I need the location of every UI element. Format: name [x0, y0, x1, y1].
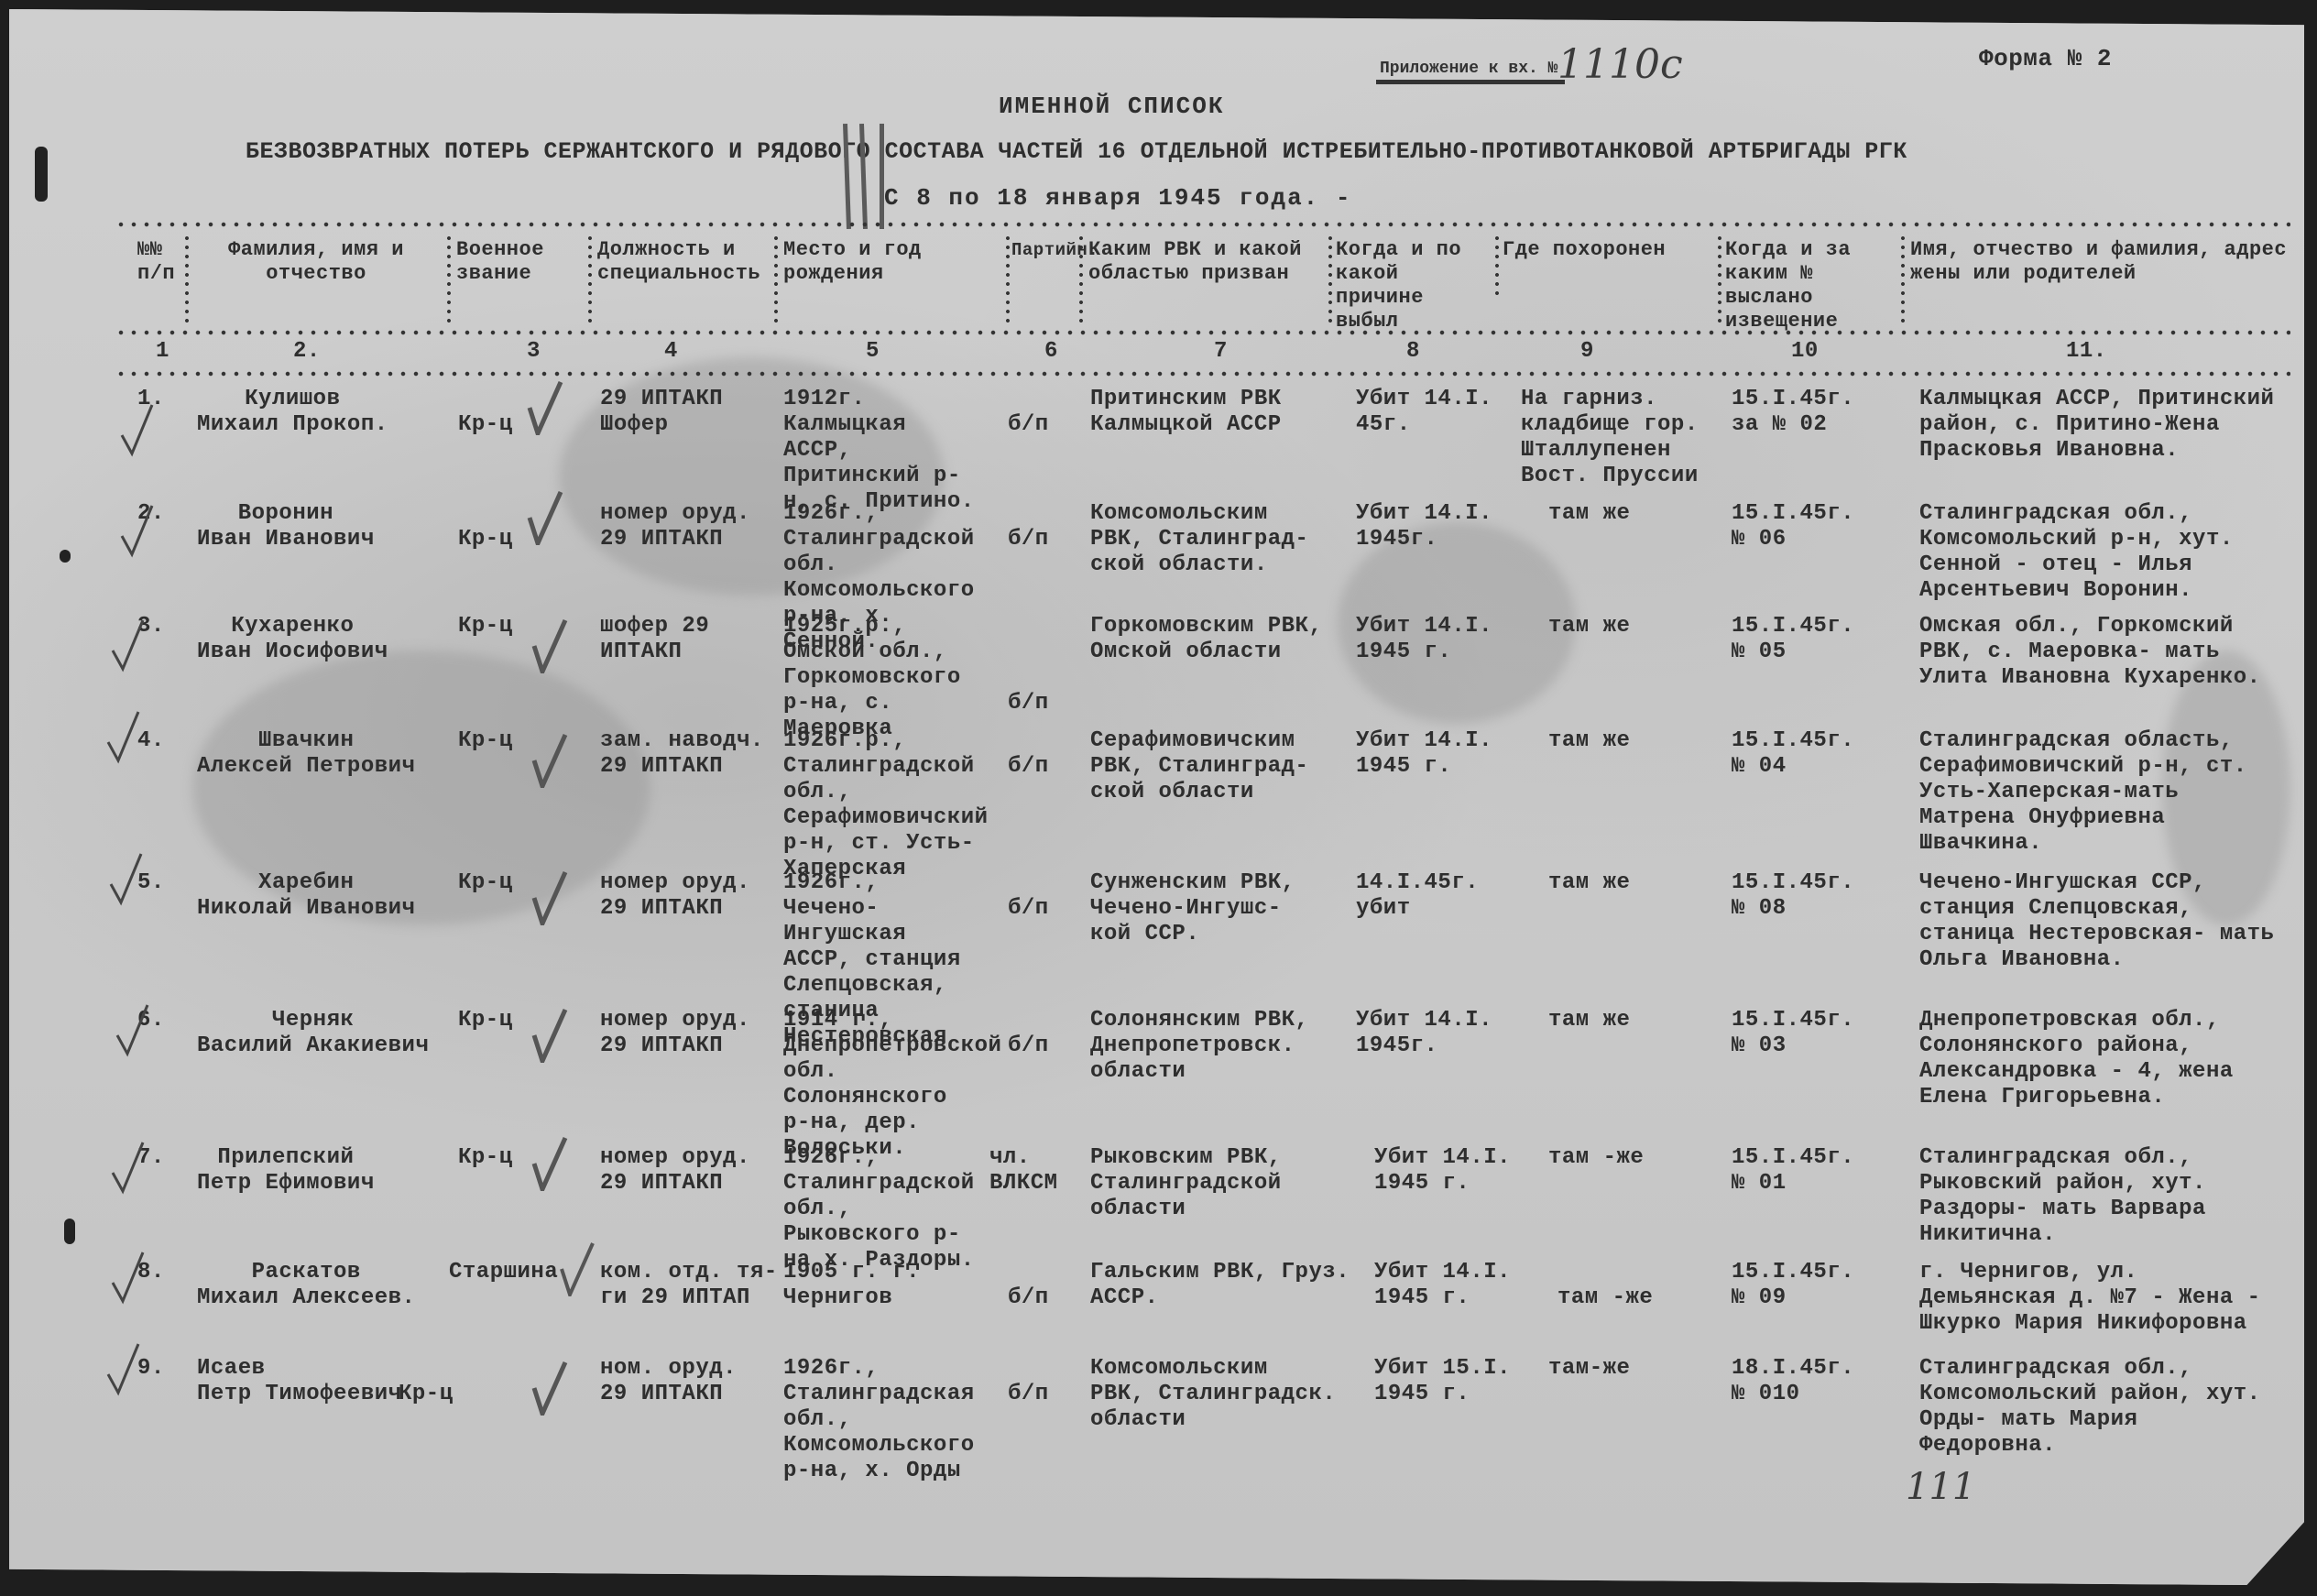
- row-relatives: Сталинградская обл., Комсомольский р-н, …: [1919, 501, 2286, 604]
- row-rank: Кр-ц: [399, 1382, 454, 1407]
- colnum-11: 11.: [2066, 339, 2107, 365]
- row-notice: 18.I.45г. № 010: [1732, 1356, 1854, 1407]
- colnum-10: 10: [1791, 339, 1819, 365]
- checkmark-icon: [110, 1141, 147, 1196]
- row-birth: 1926г.р., Сталинградской обл., Серафимов…: [783, 728, 980, 882]
- row-position: номер оруд. 29 ИПТАКП: [600, 870, 750, 922]
- row-relatives: Сталинградская обл., Комсомольский район…: [1919, 1356, 2286, 1459]
- row-rvk: Рыковским РВК, Сталинградской области: [1090, 1145, 1282, 1222]
- header-rvk: Каким РВК и какой областью призван: [1088, 238, 1327, 286]
- row-position: шофер 29 ИПТАКП: [600, 614, 709, 665]
- row-rank: Кр-ц: [458, 728, 513, 754]
- stamp-label: Приложение к вх. №: [1380, 60, 1557, 78]
- colnum-7: 7: [1214, 339, 1228, 365]
- header-notice: Когда и за каким № выслано извещение: [1725, 238, 1899, 333]
- row-party: б/п: [1008, 527, 1049, 552]
- row-when: Убит 14.I. 45г.: [1356, 387, 1492, 438]
- row-when: Убит 14.I. 1945г.: [1356, 1008, 1492, 1059]
- row-name: Харебин Николай Иванович: [197, 870, 415, 922]
- checkmark-icon: [119, 403, 156, 458]
- checkmark-icon: [531, 733, 568, 788]
- row-buried: там -же: [1548, 1145, 1644, 1171]
- incoming-stamp: Приложение к вх. №: [1376, 60, 1565, 84]
- binder-hole: [64, 1219, 75, 1244]
- row-party: б/п: [1008, 1285, 1049, 1311]
- document-page: Приложение к вх. № 1110с Форма № 2 ИМЕНН…: [9, 9, 2304, 1585]
- column-separator: [1006, 234, 1010, 325]
- row-when: Убит 14.I. 1945 г.: [1356, 614, 1492, 665]
- row-birth: 1926г., Сталинградской обл., Рыковского …: [783, 1145, 980, 1274]
- row-rvk: Комсомольским РВК, Сталинград- ской обла…: [1090, 501, 1308, 578]
- table-numbers-rule: [115, 371, 2290, 377]
- row-relatives: Днепропетровская обл., Солонянского райо…: [1919, 1008, 2286, 1110]
- row-notice: 15.I.45г. № 06: [1732, 501, 1854, 552]
- row-notice: 15.I.45г. № 01: [1732, 1145, 1854, 1197]
- row-notice: 15.I.45г. № 08: [1732, 870, 1854, 922]
- page-tally-mark: 111: [1906, 1466, 1975, 1508]
- row-rvk: Притинским РВК Калмыцкой АССР: [1090, 387, 1282, 438]
- checkmark-icon: [105, 710, 142, 765]
- row-when: Убит 14.I. 1945 г.: [1374, 1260, 1511, 1311]
- row-buried: там же: [1548, 501, 1630, 527]
- row-rvk: Сунженским РВК, Чечено-Ингушс- кой ССР.: [1090, 870, 1295, 947]
- column-separator: [774, 234, 778, 325]
- row-notice: 15.I.45г. № 04: [1732, 728, 1854, 780]
- header-birth: Место и год рождения: [783, 238, 1003, 286]
- row-position: ном. оруд. 29 ИПТАКП: [600, 1356, 737, 1407]
- row-notice: 15.I.45г. за № 02: [1732, 387, 1854, 438]
- checkmark-icon: [115, 1003, 151, 1058]
- table-top-rule: [115, 222, 2290, 227]
- row-name: Воронин Иван Иванович: [197, 501, 375, 552]
- header-num: №№ п/п: [137, 238, 183, 286]
- row-relatives: Сталинградская обл., Рыковский район, ху…: [1919, 1145, 2286, 1248]
- checkmark-icon: [108, 852, 145, 907]
- header-buried: Где похоронен: [1503, 238, 1718, 262]
- row-notice: 15.I.45г. № 09: [1732, 1260, 1854, 1311]
- row-relatives: Сталинградская область, Серафимовичский …: [1919, 728, 2286, 857]
- row-buried: там же: [1548, 614, 1630, 639]
- checkmark-icon: [559, 1241, 596, 1296]
- checkmark-icon: [531, 1361, 568, 1416]
- checkmark-icon: [527, 490, 563, 545]
- row-buried: там-же: [1548, 1356, 1630, 1382]
- row-position: номер оруд. 29 ИПТАКП: [600, 1008, 750, 1059]
- header-rank: Военное звание: [456, 238, 585, 286]
- row-name: Кухаренко Иван Иосифович: [197, 614, 388, 665]
- row-name: Прилепский Петр Ефимович: [197, 1145, 375, 1197]
- row-party: чл. ВЛКСМ: [989, 1145, 1081, 1197]
- checkmark-icon: [105, 1342, 142, 1397]
- pencil-mark: [880, 124, 884, 229]
- checkmark-icon: [527, 380, 563, 435]
- row-when: Убит 14.I. 1945 г.: [1374, 1145, 1511, 1197]
- row-rvk: Комсомольским РВК, Сталинградск. области: [1090, 1356, 1336, 1433]
- row-rvk: Горкомовским РВК, Омской области: [1090, 614, 1322, 665]
- row-rank: Кр-ц: [458, 870, 513, 896]
- row-name: Исаев Петр Тимофеевич: [197, 1356, 402, 1407]
- checkmark-icon: [110, 1251, 147, 1306]
- colnum-4: 4: [664, 339, 678, 365]
- binder-hole: [60, 550, 71, 563]
- row-rank: Кр-ц: [458, 1008, 513, 1033]
- row-position: ком. отд. тя- ги 29 ИПТАП: [600, 1260, 778, 1311]
- list-title: ИМЕННОЙ СПИСОК: [999, 93, 1224, 119]
- column-separator: [1901, 234, 1905, 325]
- header-relatives: Имя, отчество и фамилия, адрес жены или …: [1910, 238, 2295, 286]
- row-buried: там же: [1548, 1008, 1630, 1033]
- row-position: номер оруд. 29 ИПТАКП: [600, 501, 750, 552]
- row-rank: Кр-ц: [458, 614, 513, 639]
- row-buried: там же: [1548, 728, 1630, 754]
- row-rank: Старшина: [449, 1260, 558, 1285]
- row-party: б/п: [1008, 896, 1049, 922]
- column-separator: [447, 234, 451, 325]
- row-name: Швачкин Алексей Петрович: [197, 728, 415, 780]
- row-buried: там же: [1548, 870, 1630, 896]
- column-separator: [1718, 234, 1721, 325]
- column-separator: [185, 234, 189, 325]
- row-rank: Кр-ц: [458, 527, 513, 552]
- row-party: б/п: [1008, 754, 1049, 780]
- colnum-3: 3: [527, 339, 541, 365]
- row-rvk: Серафимовичским РВК, Сталинград- ской об…: [1090, 728, 1308, 805]
- colnum-2: 2.: [293, 339, 321, 365]
- row-when: Убит 15.I. 1945 г.: [1374, 1356, 1511, 1407]
- row-relatives: Чечено-Ингушская ССР, станция Слепцовска…: [1919, 870, 2286, 973]
- header-when: Когда и по какой причине выбыл: [1336, 238, 1496, 333]
- table-header-rule: [115, 330, 2290, 335]
- row-party: б/п: [1008, 1382, 1049, 1407]
- checkmark-icon: [110, 618, 147, 673]
- row-when: Убит 14.I. 1945 г.: [1356, 728, 1492, 780]
- row-relatives: Омская обл., Горкомский РВК, с. Маеровка…: [1919, 614, 2286, 691]
- row-rvk: Гальским РВК, Груз. АССР.: [1090, 1260, 1350, 1311]
- checkmark-icon: [531, 1136, 568, 1191]
- row-party: б/п: [1008, 412, 1049, 438]
- column-separator: [1328, 234, 1332, 325]
- row-position: 29 ИПТАКП Шофер: [600, 387, 723, 438]
- row-birth: 1925г.р., Омской обл., Горкомовского р-н…: [783, 614, 980, 742]
- row-name: Кулишов Михаил Прокоп.: [197, 387, 388, 438]
- header-name: Фамилия, имя и отчество: [192, 238, 440, 286]
- checkmark-icon: [119, 504, 156, 559]
- row-position: номер оруд. 29 ИПТАКП: [600, 1145, 750, 1197]
- row-buried: На гарниз. кладбище гор. Шталлупенен Вос…: [1521, 387, 1699, 489]
- checkmark-icon: [531, 618, 568, 673]
- row-name: Раскатов Михаил Алексеев.: [197, 1260, 415, 1311]
- stamp-number: 1110с: [1557, 41, 1683, 88]
- binder-hole: [35, 147, 48, 202]
- row-party: б/п: [1008, 691, 1049, 716]
- colnum-6: 6: [1044, 339, 1058, 365]
- row-rvk: Солонянским РВК, Днепропетровск. области: [1090, 1008, 1308, 1085]
- colnum-1: 1: [156, 339, 169, 365]
- row-birth: 1905 г. г. Чернигов: [783, 1260, 980, 1311]
- row-relatives: г. Чернигов, ул. Демьянская д. №7 - Жена…: [1919, 1260, 2286, 1337]
- row-rank: Кр-ц: [458, 1145, 513, 1171]
- form-label: Форма № 2: [1979, 46, 2112, 71]
- header-party: Партийн.: [1011, 238, 1076, 262]
- colnum-8: 8: [1406, 339, 1420, 365]
- list-period: С 8 по 18 января 1945 года. -: [884, 185, 1351, 211]
- colnum-5: 5: [866, 339, 880, 365]
- row-when: Убит 14.I. 1945г.: [1356, 501, 1492, 552]
- column-separator: [588, 234, 592, 325]
- row-birth: 1914 г., Днепропетровской обл. Солонянск…: [783, 1008, 980, 1162]
- row-when: 14.I.45г. убит: [1356, 870, 1479, 922]
- row-rank: Кр-ц: [458, 412, 513, 438]
- row-birth: 1912г. Калмыцкая АССР, Притинский р-н, с…: [783, 387, 980, 515]
- row-birth: 1926г., Сталинградская обл., Комсомольск…: [783, 1356, 980, 1484]
- row-notice: 15.I.45г. № 03: [1732, 1008, 1854, 1059]
- colnum-9: 9: [1580, 339, 1594, 365]
- header-position: Должность и специальность: [597, 238, 771, 286]
- row-buried: там -же: [1557, 1285, 1653, 1311]
- checkmark-icon: [531, 1008, 568, 1063]
- row-relatives: Калмыцкая АССР, Притинский район, с. При…: [1919, 387, 2286, 464]
- row-position: зам. наводч. 29 ИПТАКП: [600, 728, 764, 780]
- row-name: Черняк Василий Акакиевич: [197, 1008, 429, 1059]
- row-notice: 15.I.45г. № 05: [1732, 614, 1854, 665]
- row-party: б/п: [1008, 1033, 1049, 1059]
- list-subtitle: БЕЗВОЗВРАТНЫХ ПОТЕРЬ СЕРЖАНТСКОГО И РЯДО…: [246, 139, 1907, 165]
- checkmark-icon: [531, 870, 568, 925]
